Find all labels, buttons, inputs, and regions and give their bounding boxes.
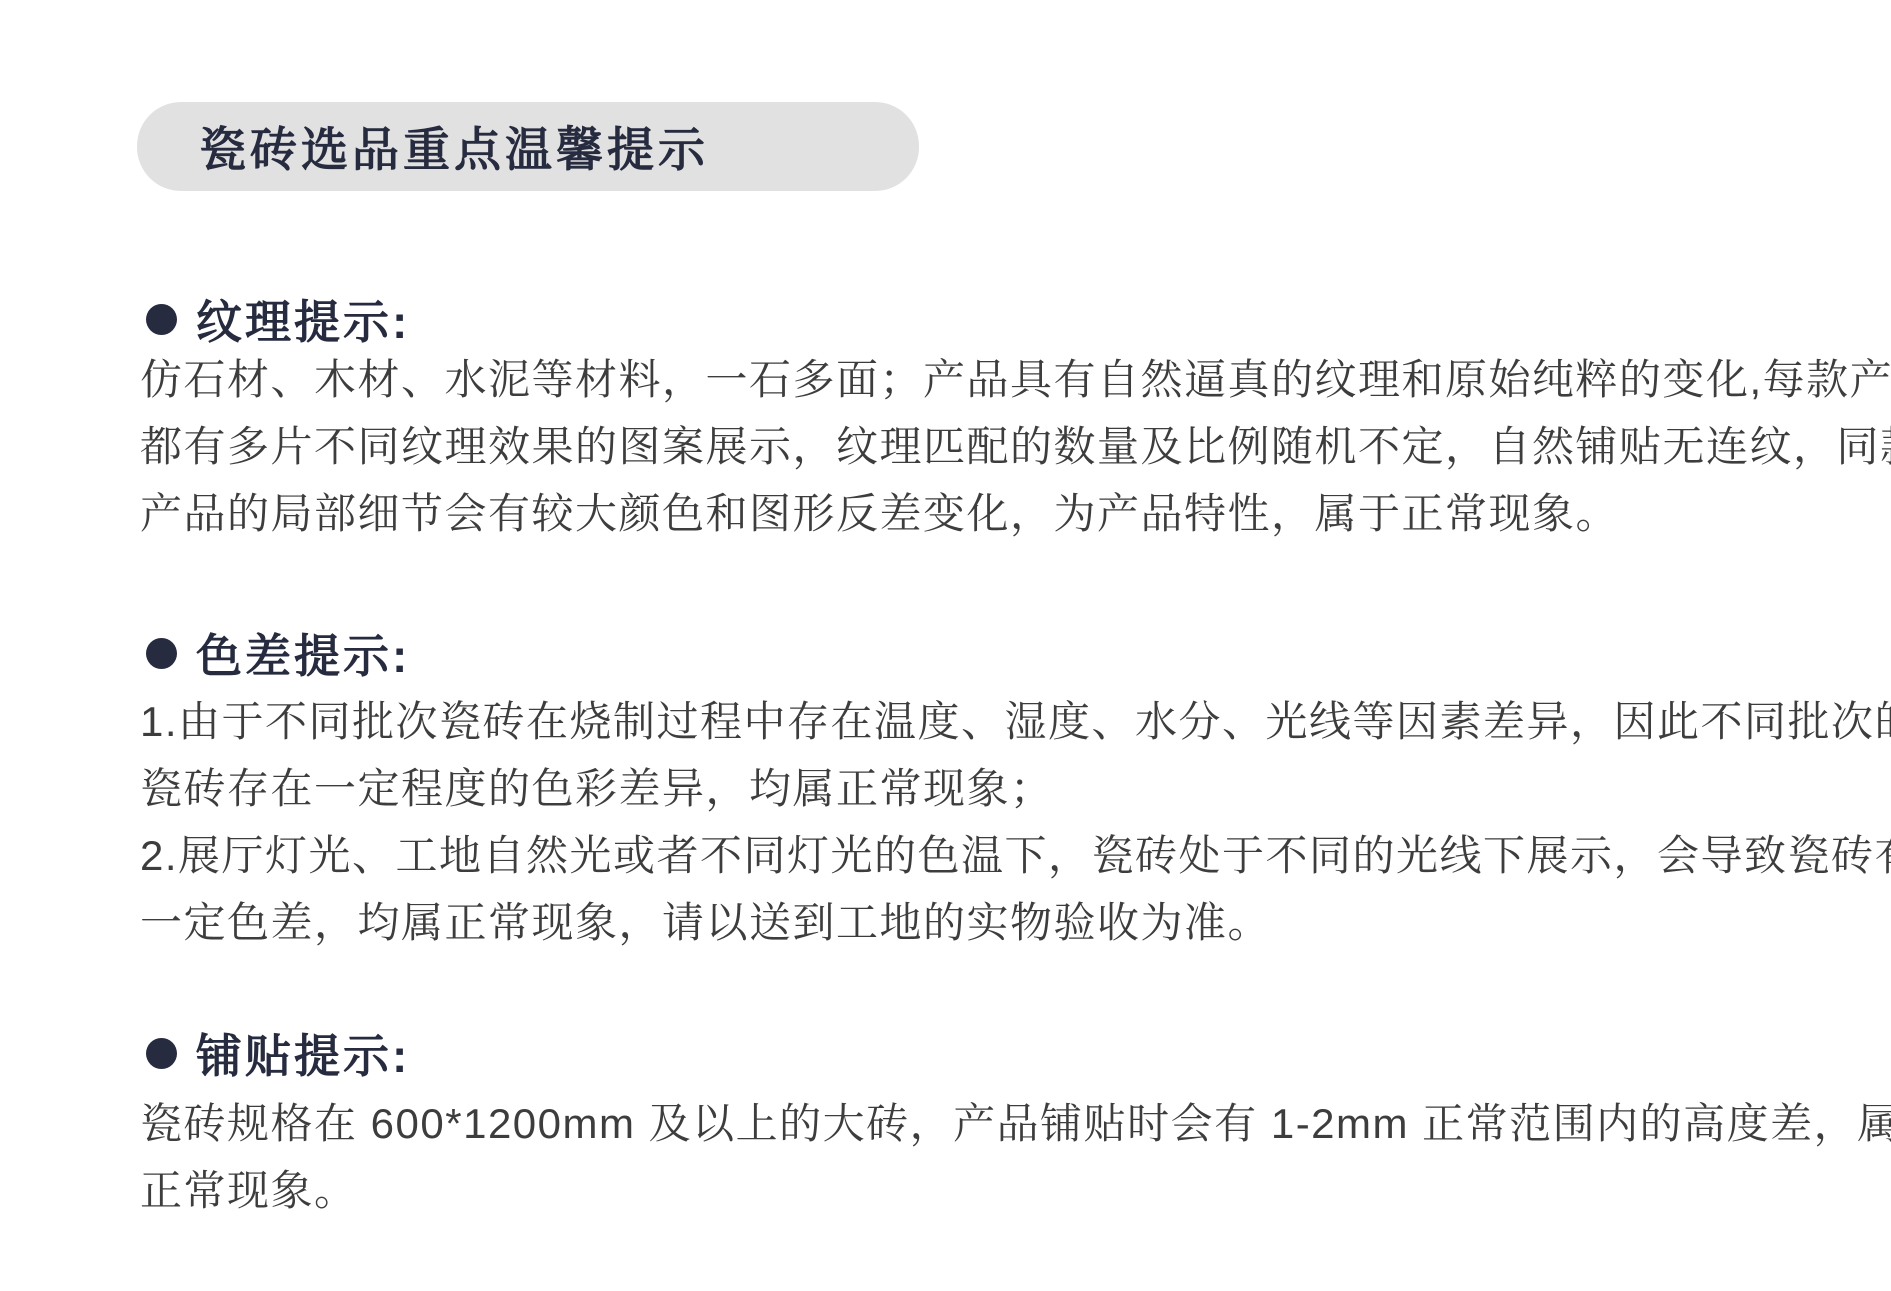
text-line: 仿石材、木材、水泥等材料，一石多面；产品具有自然逼真的纹理和原始纯粹的变化,每款… [140, 346, 1811, 413]
section-paragraph: 仿石材、木材、水泥等材料，一石多面；产品具有自然逼真的纹理和原始纯粹的变化,每款… [140, 346, 1811, 547]
section-heading-row: 铺贴提示: [146, 1026, 1891, 1080]
section-heading: 纹理提示: [196, 286, 410, 352]
section-paragraph: 瓷砖规格在 600*1200mm 及以上的大砖，产品铺贴时会有 1-2mm 正常… [140, 1090, 1811, 1224]
tile-tips-page: 瓷砖选品重点温馨提示 纹理提示: 仿石材、木材、水泥等材料，一石多面；产品具有自… [0, 0, 1891, 1291]
page-title: 瓷砖选品重点温馨提示 [199, 113, 709, 180]
section-heading: 铺贴提示: [196, 1020, 410, 1086]
bullet-dot-icon [146, 638, 177, 669]
page-title-pill: 瓷砖选品重点温馨提示 [137, 102, 919, 191]
section-texture-tips: 纹理提示: 仿石材、木材、水泥等材料，一石多面；产品具有自然逼真的纹理和原始纯粹… [0, 292, 1891, 547]
section-paving-tips: 铺贴提示: 瓷砖规格在 600*1200mm 及以上的大砖，产品铺贴时会有 1-… [0, 1026, 1891, 1224]
section-color-difference-tips: 色差提示: 1.由于不同批次瓷砖在烧制过程中存在温度、湿度、水分、光线等因素差异… [0, 626, 1891, 956]
text-line: 都有多片不同纹理效果的图案展示，纹理匹配的数量及比例随机不定，自然铺贴无连纹，同… [140, 413, 1811, 480]
text-line: 正常现象。 [140, 1157, 1811, 1224]
text-line: 瓷砖存在一定程度的色彩差异，均属正常现象； [140, 755, 1811, 822]
text-line: 产品的局部细节会有较大颜色和图形反差变化，为产品特性，属于正常现象。 [140, 480, 1811, 547]
text-line: 瓷砖规格在 600*1200mm 及以上的大砖，产品铺贴时会有 1-2mm 正常… [140, 1090, 1811, 1157]
section-heading-row: 色差提示: [146, 626, 1891, 680]
bullet-dot-icon [146, 304, 177, 335]
bullet-dot-icon [146, 1038, 177, 1069]
section-heading-row: 纹理提示: [146, 292, 1891, 346]
section-paragraph: 1.由于不同批次瓷砖在烧制过程中存在温度、湿度、水分、光线等因素差异，因此不同批… [140, 688, 1811, 956]
text-line: 一定色差，均属正常现象，请以送到工地的实物验收为准。 [140, 889, 1811, 956]
section-heading: 色差提示: [196, 620, 410, 686]
text-line: 2.展厅灯光、工地自然光或者不同灯光的色温下，瓷砖处于不同的光线下展示，会导致瓷… [140, 822, 1811, 889]
text-line: 1.由于不同批次瓷砖在烧制过程中存在温度、湿度、水分、光线等因素差异，因此不同批… [140, 688, 1811, 755]
